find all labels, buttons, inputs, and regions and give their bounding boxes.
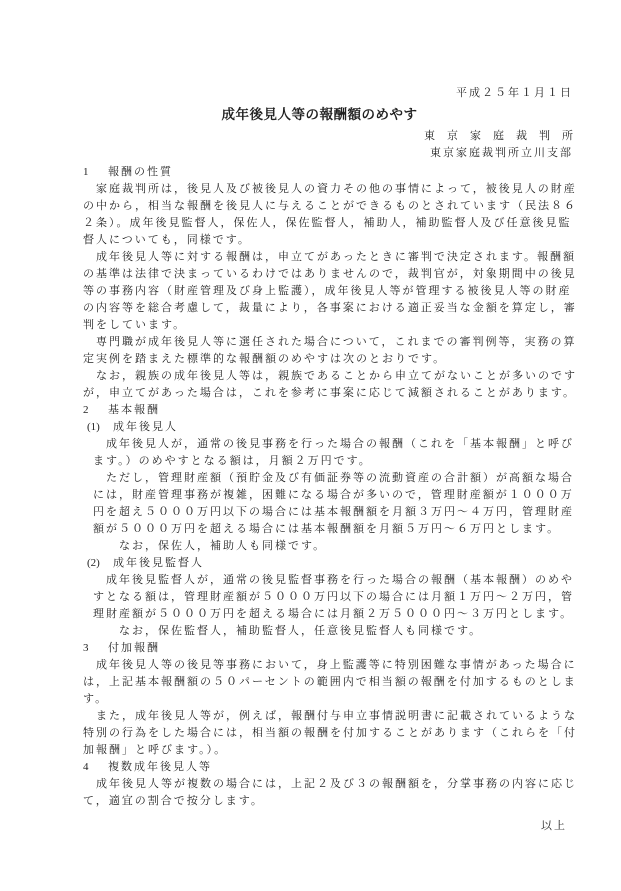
subsection-1-marker: (1)	[87, 419, 113, 436]
subsection-2-heading: (2)成年後見監督人	[83, 555, 621, 572]
paragraph: ただし，管理財産額（預貯金及び有価証券等の流動資産の合計額）が高額な場合 には，…	[83, 470, 621, 538]
court-name-main: 東京家庭裁判所	[0, 128, 621, 145]
section-1-heading: 1報酬の性質	[83, 164, 621, 181]
section-2-heading: 2基本報酬	[83, 402, 621, 419]
document-body: 1報酬の性質 家庭裁判所は，後見人及び被後見人の資力その他の事情によって，被後見…	[0, 164, 621, 810]
paragraph: 専門職が成年後見人等に選任された場合について，これまでの審判例等，実務の算 定実…	[83, 334, 621, 368]
paragraph: 成年後見人等に対する報酬は，申立てがあったときに審判で決定されます。報酬額 の基…	[83, 249, 621, 334]
paragraph: 家庭裁判所は，後見人及び被後見人の資力その他の事情によって，被後見人の財産 の中…	[83, 181, 621, 249]
court-name-main-text: 東京家庭裁判所	[424, 130, 585, 142]
section-1-number: 1	[83, 164, 108, 181]
paragraph: なお，親族の成年後見人等は，親族であることから申立てがないことが多いのです が，…	[83, 368, 621, 402]
paragraph: 成年後見人等の後見等事務において，身上監護等に特別困難な事情があった場合に は，…	[83, 657, 621, 708]
section-4-title: 複数成年後見人等	[108, 761, 212, 773]
paragraph: 成年後見監督人が，通常の後見監督事務を行った場合の報酬（基本報酬）のめや すとな…	[83, 572, 621, 623]
section-2-number: 2	[83, 402, 108, 419]
section-2-title: 基本報酬	[108, 404, 160, 416]
paragraph: 成年後見人等が複数の場合には，上記２及び３の報酬額を，分掌事務の内容に応じ て，…	[83, 776, 621, 810]
section-3-heading: 3付加報酬	[83, 640, 621, 657]
subsection-2-marker: (2)	[87, 555, 113, 572]
paragraph: 成年後見人が，通常の後見事務を行った場合の報酬（これを「基本報酬」と呼び ます。…	[83, 436, 621, 470]
document-title: 成年後見人等の報酬額のめやす	[0, 102, 621, 128]
court-name-branch: 東京家庭裁判所立川支部	[0, 145, 621, 162]
paragraph: なお，保佐監督人，補助監督人，任意後見監督人も同様です。	[83, 623, 621, 640]
section-3-title: 付加報酬	[108, 642, 160, 654]
section-4-heading: 4複数成年後見人等	[83, 759, 621, 776]
issue-date: 平成２５年１月１日	[0, 85, 621, 102]
closing-mark: 以上	[0, 818, 621, 835]
paragraph: なお，保佐人，補助人も同様です。	[83, 538, 621, 555]
section-3-number: 3	[83, 640, 108, 657]
paragraph: また，成年後見人等が，例えば，報酬付与申立事情説明書に記載されているような 特別…	[83, 708, 621, 759]
section-4-number: 4	[83, 759, 108, 776]
document-page: 平成２５年１月１日 成年後見人等の報酬額のめやす 東京家庭裁判所 東京家庭裁判所…	[0, 0, 621, 891]
subsection-1-title: 成年後見人	[113, 421, 178, 433]
subsection-1-heading: (1)成年後見人	[83, 419, 621, 436]
subsection-2-title: 成年後見監督人	[113, 557, 204, 569]
section-1-title: 報酬の性質	[108, 166, 173, 178]
